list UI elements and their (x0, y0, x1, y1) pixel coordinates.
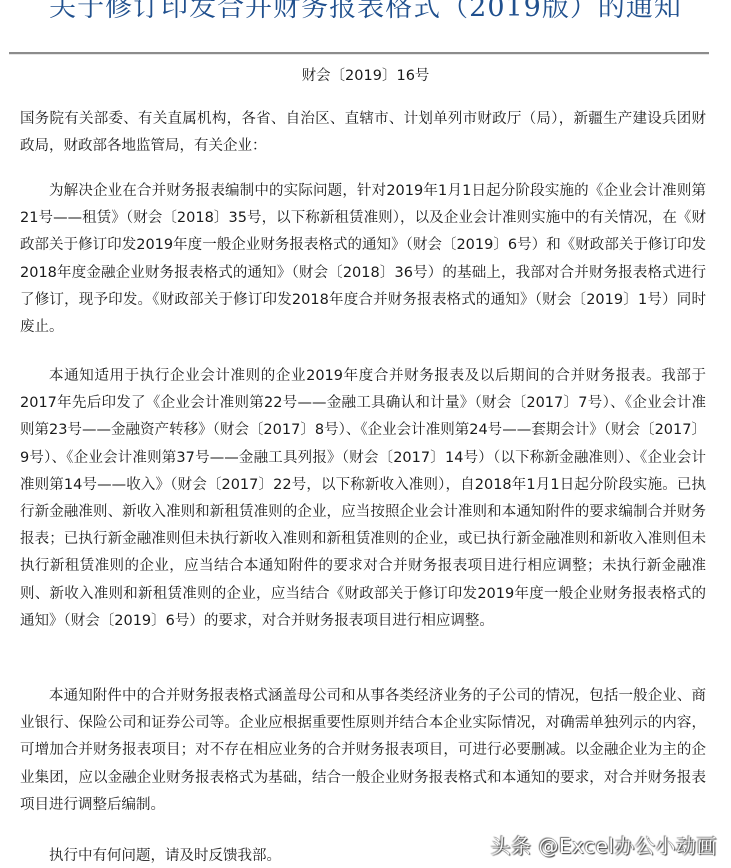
paragraph-block-3: 本通知附件中的合并财务报表格式涵盖母公司和从事各类经济业务的子公司的情况，包括一… (20, 683, 706, 819)
document-number: 财会〔2019〕16号 (0, 66, 731, 86)
paragraph-1: 为解决企业在合并财务报表编制中的实际问题，针对2019年1月1日起分阶段实施的《… (20, 178, 706, 341)
document-title: 关于修订印发合并财务报表格式（2019版）的通知 (0, 0, 731, 28)
paragraph-block-2: 本通知适用于执行企业会计准则的企业2019年度合并财务报表及以后期间的合并财务报… (20, 363, 706, 635)
paragraph-2: 本通知适用于执行企业会计准则的企业2019年度合并财务报表及以后期间的合并财务报… (20, 363, 706, 635)
title-divider (9, 52, 709, 55)
paragraph-3: 本通知附件中的合并财务报表格式涵盖母公司和从事各类经济业务的子公司的情况，包括一… (20, 683, 706, 819)
watermark: 头条 @Excel办公小动画 (491, 833, 717, 859)
salutation-block: 国务院有关部委、有关直属机构，各省、自治区、直辖市、计划单列市财政厅（局），新疆… (20, 106, 706, 160)
salutation: 国务院有关部委、有关直属机构，各省、自治区、直辖市、计划单列市财政厅（局），新疆… (20, 106, 706, 160)
paragraph-block-1: 为解决企业在合并财务报表编制中的实际问题，针对2019年1月1日起分阶段实施的《… (20, 178, 706, 341)
